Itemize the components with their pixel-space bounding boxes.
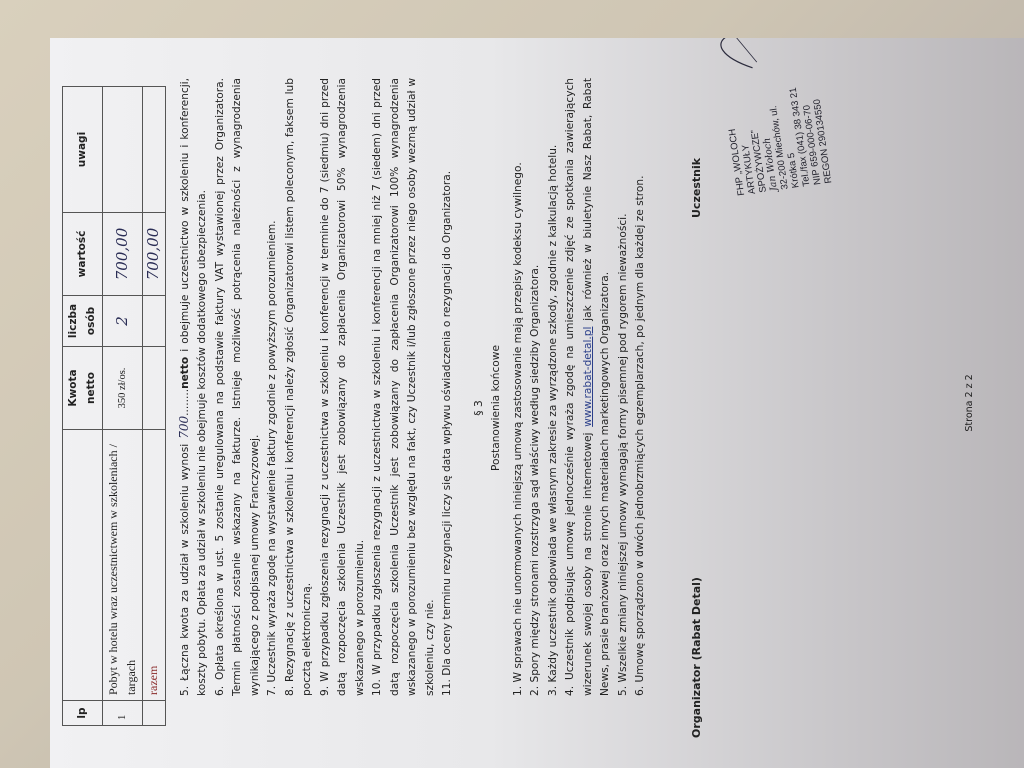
- row-lp: 1: [103, 701, 143, 726]
- document-page: lp Kwota netto liczba osób wartość uwagi…: [50, 38, 1024, 768]
- company-stamp: FHP „WOLOCH ARTYKUŁY SPOŻYWCZE” Jan Woło…: [720, 72, 834, 197]
- row-description: Pobyt w hotelu wraz uczestnictwem w szko…: [103, 430, 143, 701]
- final-clause-1: 1. W sprawach nie unormowanych niniejszą…: [510, 78, 528, 702]
- clause-11: 11. Dla oceny terminu rezygnacji liczy s…: [439, 78, 457, 702]
- clauses-list-part1: 5. Łączna kwota za udział w szkoleniu wy…: [176, 78, 457, 738]
- final-clause-5: 5. Wszelkie zmiany niniejszej umowy wyma…: [615, 78, 633, 702]
- table-header-row: lp Kwota netto liczba osób wartość uwagi: [63, 87, 103, 726]
- participant-signature-label: Uczestnik: [688, 158, 706, 218]
- clause-8: 8. Rezygnację z uczestnictwa w szkoleniu…: [282, 78, 317, 702]
- clause-5: 5. Łączna kwota za udział w szkoleniu wy…: [176, 78, 212, 702]
- header-uwagi: uwagi: [63, 87, 103, 213]
- header-liczba-osob: liczba osób: [63, 296, 103, 347]
- clause-9: 9. W przypadku zgłoszenia rezygnacji z u…: [317, 78, 370, 702]
- signature-block: Organizator (Rabat Detal) Uczestnik FHP …: [688, 78, 808, 738]
- pricing-table: lp Kwota netto liczba osób wartość uwagi…: [62, 86, 166, 726]
- row-kwota-netto: 350 zł/os.: [103, 347, 143, 430]
- clause-7: 7. Uczestnik wyraża zgodę na wystawienie…: [264, 78, 282, 702]
- final-clause-2: 2. Spory między stronami rozstrzyga sąd …: [527, 78, 545, 702]
- final-clause-4: 4. Uczestnik podpisując umowę jednocześn…: [562, 78, 615, 702]
- total-wartosc: 700,00: [143, 213, 166, 296]
- clauses-list-section3: 1. W sprawach nie unormowanych niniejszą…: [510, 78, 650, 738]
- page-number: Strona 2 z 2: [961, 38, 979, 768]
- row-liczba-osob: 2: [103, 296, 143, 347]
- website-link[interactable]: www.rabat-detal.pl: [582, 327, 594, 427]
- final-clause-3: 3. Każdy uczestnik odpowiada we własnym …: [545, 78, 563, 702]
- section-3-title: Postanowienia końcowe: [488, 78, 506, 738]
- header-kwota-netto: Kwota netto: [63, 347, 103, 430]
- header-lp: lp: [63, 701, 103, 726]
- header-wartosc: wartość: [63, 213, 103, 296]
- handwritten-amount: 700: [177, 416, 191, 439]
- header-description: [63, 430, 103, 701]
- clause-6: 6. Opłata określona w ust. 5 zostanie ur…: [212, 78, 265, 702]
- final-clause-6: 6. Umowę sporządzono w dwóch jednobrzmią…: [632, 78, 650, 702]
- table-row: 1 Pobyt w hotelu wraz uczestnictwem w sz…: [103, 87, 143, 726]
- row-uwagi: [103, 87, 143, 213]
- document-photo: lp Kwota netto liczba osób wartość uwagi…: [50, 38, 1024, 768]
- total-label: razem: [143, 430, 166, 701]
- row-wartosc: 700,00: [103, 213, 143, 296]
- clause-10: 10. W przypadku zgłoszenia rezygnacji z …: [369, 78, 439, 702]
- table-total-row: razem 700,00: [143, 87, 166, 726]
- section-3-heading: § 3: [471, 78, 489, 738]
- organizer-signature-label: Organizator (Rabat Detal): [688, 577, 706, 738]
- handwritten-signature-icon: [702, 38, 763, 78]
